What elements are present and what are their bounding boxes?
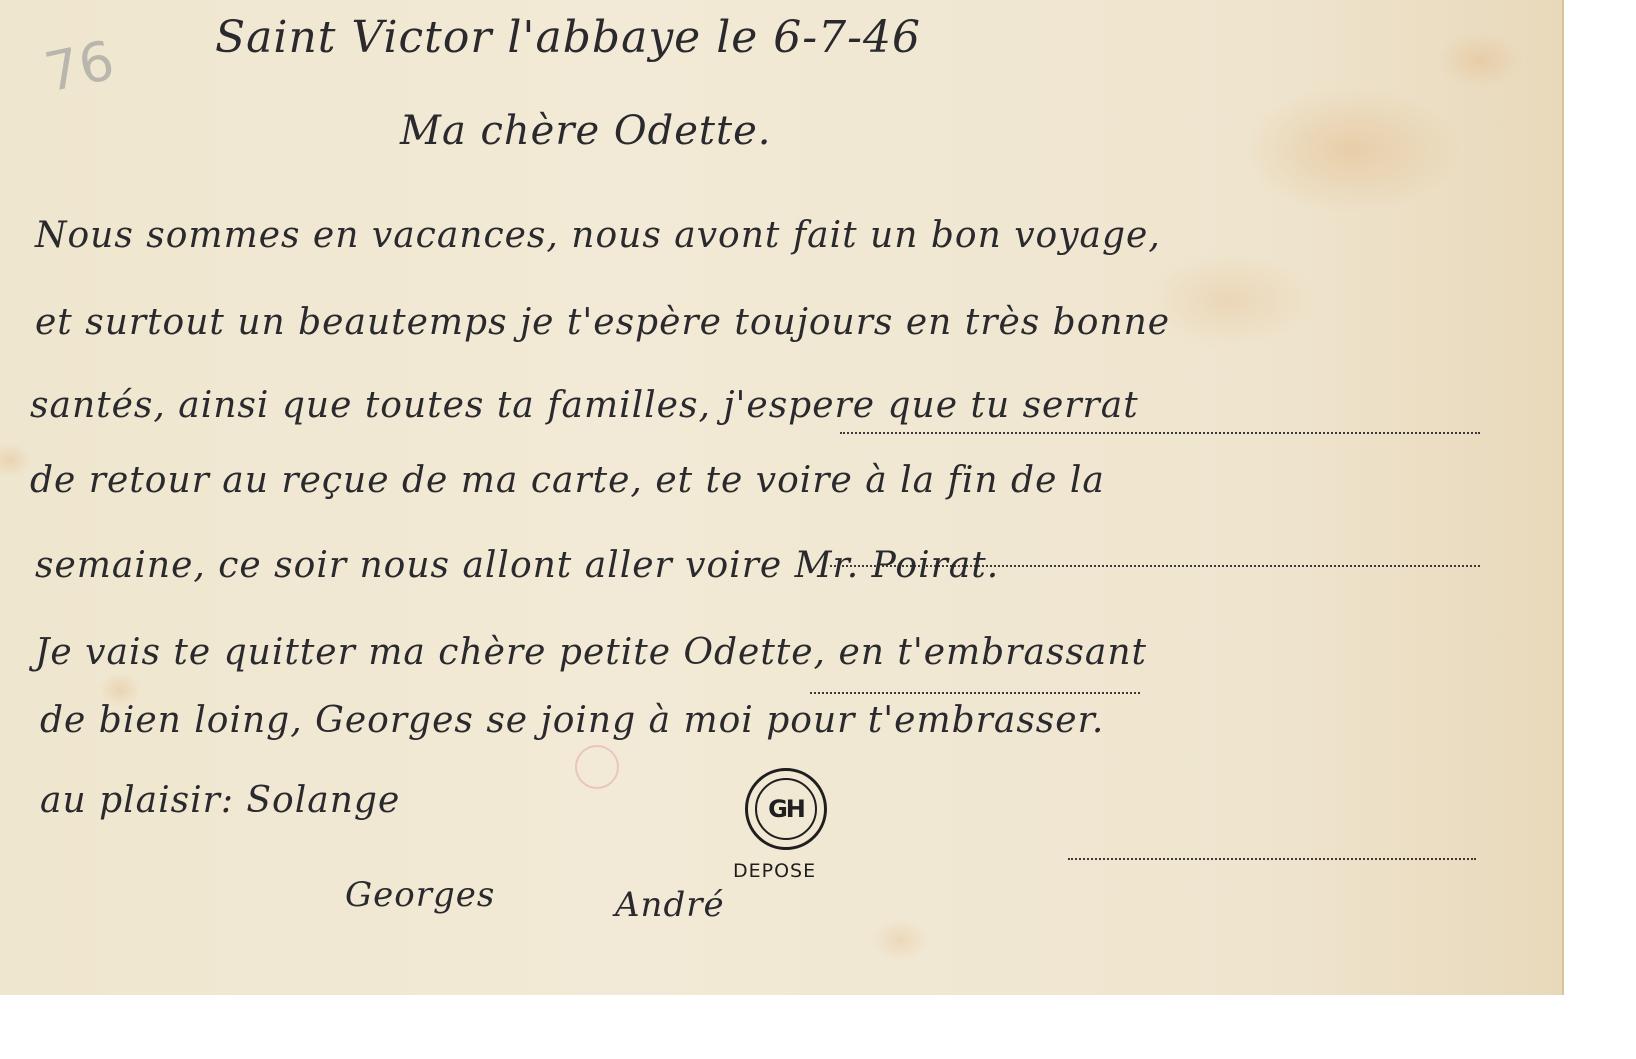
body-line: et surtout un beautemps je t'espère touj… [35,302,1170,343]
body-line: santés, ainsi que toutes ta familles, j'… [30,385,1139,426]
publisher-logo-icon: GH [745,768,827,850]
body-line: au plaisir: Solange [40,780,400,821]
postcard-back: 76 Saint Victor l'abbaye le 6-7-46 Ma ch… [0,0,1564,995]
dotted-address-line [810,692,1140,694]
faded-stamp-mark [575,745,619,789]
signature-andre: André [615,885,725,925]
publisher-monogram: GH [755,778,817,840]
dotted-address-line [840,432,1480,434]
body-line: semaine, ce soir nous allont aller voire… [35,545,999,586]
body-line: Nous sommes en vacances, nous avont fait… [35,215,1161,256]
place-date-line: Saint Victor l'abbaye le 6-7-46 [215,12,921,63]
body-line: de bien loing, Georges se joing à moi po… [40,700,1104,741]
signature-georges: Georges [345,875,495,915]
body-line: de retour au reçue de ma carte, et te vo… [30,460,1105,501]
body-line: Je vais te quitter ma chère petite Odett… [35,632,1147,673]
publisher-depose-label: DEPOSE [733,860,816,882]
pencil-inventory-mark: 76 [39,29,119,105]
dotted-address-line [1068,858,1476,860]
salutation: Ma chère Odette. [400,108,771,154]
